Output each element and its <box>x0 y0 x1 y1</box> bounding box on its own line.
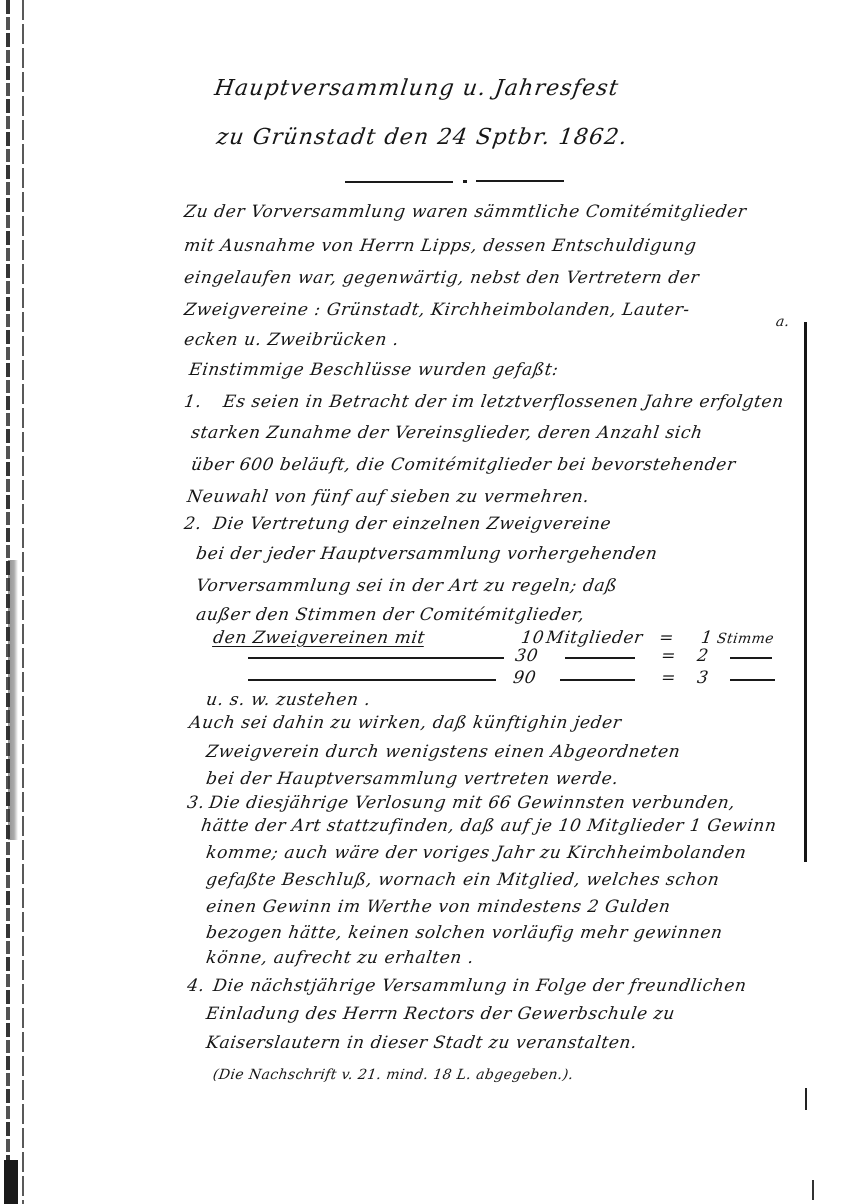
intro-line-2: mit Ausnahme von Herrn Lipps, dessen Ent… <box>183 238 698 255</box>
title-divider-left <box>345 181 453 183</box>
title-divider-dot <box>463 180 467 183</box>
vote-row-1-votes: 1 <box>700 630 714 647</box>
resolution-1-line-2: starken Zunahme der Vereinsglieder, dere… <box>190 425 704 442</box>
resolution-4-line-1: Die nächstjährige Versammlung in Folge d… <box>212 978 748 995</box>
intro-line-4: Zweigvereine : Grünstadt, Kirchheimbolan… <box>183 302 691 319</box>
resolution-3-line-2: hätte der Art stattzufinden, daß auf je … <box>200 818 778 835</box>
page-right-mark <box>805 1088 807 1110</box>
vote-row-1-members: 10 <box>520 630 545 647</box>
resolution-2-continuation-2: Zweigverein durch wenigstens einen Abgeo… <box>205 744 681 761</box>
resolution-2-line-4: außer den Stimmen der Comitémitglieder, <box>195 607 586 624</box>
resolution-4-line-3: Kaiserslautern in dieser Stadt zu verans… <box>205 1035 638 1052</box>
resolution-1-line-1: Es seien in Betracht der im letztverflos… <box>222 394 785 411</box>
resolution-2-continuation-3: bei der Hauptversammlung vertreten werde… <box>205 771 620 788</box>
vote-row-1-unit: Stimme <box>716 632 775 646</box>
resolution-2-line-3: Vorversammlung sei in der Art zu regeln;… <box>195 578 618 595</box>
resolution-4-number: 4. <box>186 978 206 995</box>
resolution-1-line-4: Neuwahl von fünf auf sieben zu vermehren… <box>186 489 590 506</box>
resolution-3-line-1: Die diesjährige Verlosung mit 66 Gewinns… <box>208 795 736 812</box>
vote-row-2-ditto-line-3 <box>730 657 772 659</box>
resolution-2-number: 2. <box>183 516 203 533</box>
scan-edge-smudge <box>8 560 18 840</box>
vote-row-3-members: 90 <box>512 670 537 687</box>
vote-row-3-ditto-line-2 <box>560 679 635 681</box>
vote-row-2-eq: = <box>660 648 677 665</box>
resolution-3-line-7: könne, aufrecht zu erhalten . <box>205 950 475 967</box>
resolution-2-after-table: u. s. w. zustehen . <box>205 692 372 709</box>
resolution-1-number: 1. <box>183 394 203 411</box>
resolution-3-number: 3. <box>186 795 206 812</box>
vote-row-3-ditto-line-3 <box>730 679 775 681</box>
intro-line-1: Zu der Vorversammlung waren sämmtliche C… <box>183 204 748 221</box>
resolution-3-line-5: einen Gewinn im Werthe von mindestens 2 … <box>205 899 672 916</box>
document-title-line-1: Hauptversammlung u. Jahresfest <box>213 78 620 100</box>
vote-row-2-votes: 2 <box>696 648 710 665</box>
resolution-2-line-1: Die Vertretung der einzelnen Zweigverein… <box>212 516 612 533</box>
margin-mark: a. <box>775 315 791 329</box>
vote-row-1-eq: = <box>658 630 675 647</box>
resolution-2-continuation-1: Auch sei dahin zu wirken, daß künftighin… <box>188 715 623 732</box>
vote-row-3-votes: 3 <box>696 670 710 687</box>
resolution-2-line-2: bei der jeder Hauptversammlung vorhergeh… <box>195 546 658 563</box>
scanned-document-page: Hauptversammlung u. Jahresfest zu Grünst… <box>0 0 859 1204</box>
intro-line-5: ecken u. Zweibrücken . <box>183 332 400 349</box>
resolution-3-line-6: bezogen hätte, keinen solchen vorläufig … <box>205 925 724 942</box>
vote-row-3-eq: = <box>660 670 677 687</box>
intro-line-3: eingelaufen war, gegenwärtig, nebst den … <box>183 270 700 287</box>
resolution-3-line-4: gefaßte Beschluß, wornach ein Mitglied, … <box>205 872 720 889</box>
vote-table-prefix: den Zweigvereinen mit <box>212 630 426 647</box>
vote-row-2-members: 30 <box>514 648 539 665</box>
footnote: (Die Nachschrift v. 21. mind. 18 L. abge… <box>212 1068 574 1082</box>
document-title-line-2: zu Grünstadt den 24 Sptbr. 1862. <box>215 127 629 149</box>
scan-edge-blob <box>4 1160 18 1204</box>
page-right-border-line <box>804 322 807 862</box>
intro-line-6: Einstimmige Beschlüsse wurden gefaßt: <box>188 362 560 379</box>
page-right-mark-bottom <box>812 1180 814 1200</box>
vote-row-3-ditto-line <box>248 679 496 681</box>
vote-row-2-ditto-line-2 <box>565 657 635 659</box>
title-divider-right <box>476 180 564 182</box>
scan-edge-left-inner <box>22 0 24 1204</box>
vote-row-2-ditto-line <box>248 657 504 659</box>
resolution-4-line-2: Einladung des Herrn Rectors der Gewerbsc… <box>205 1006 676 1023</box>
resolution-3-line-3: komme; auch wäre der voriges Jahr zu Kir… <box>205 845 748 862</box>
resolution-1-line-3: über 600 beläuft, die Comitémitglieder b… <box>190 457 737 474</box>
vote-row-1-label: Mitglieder <box>545 630 644 647</box>
